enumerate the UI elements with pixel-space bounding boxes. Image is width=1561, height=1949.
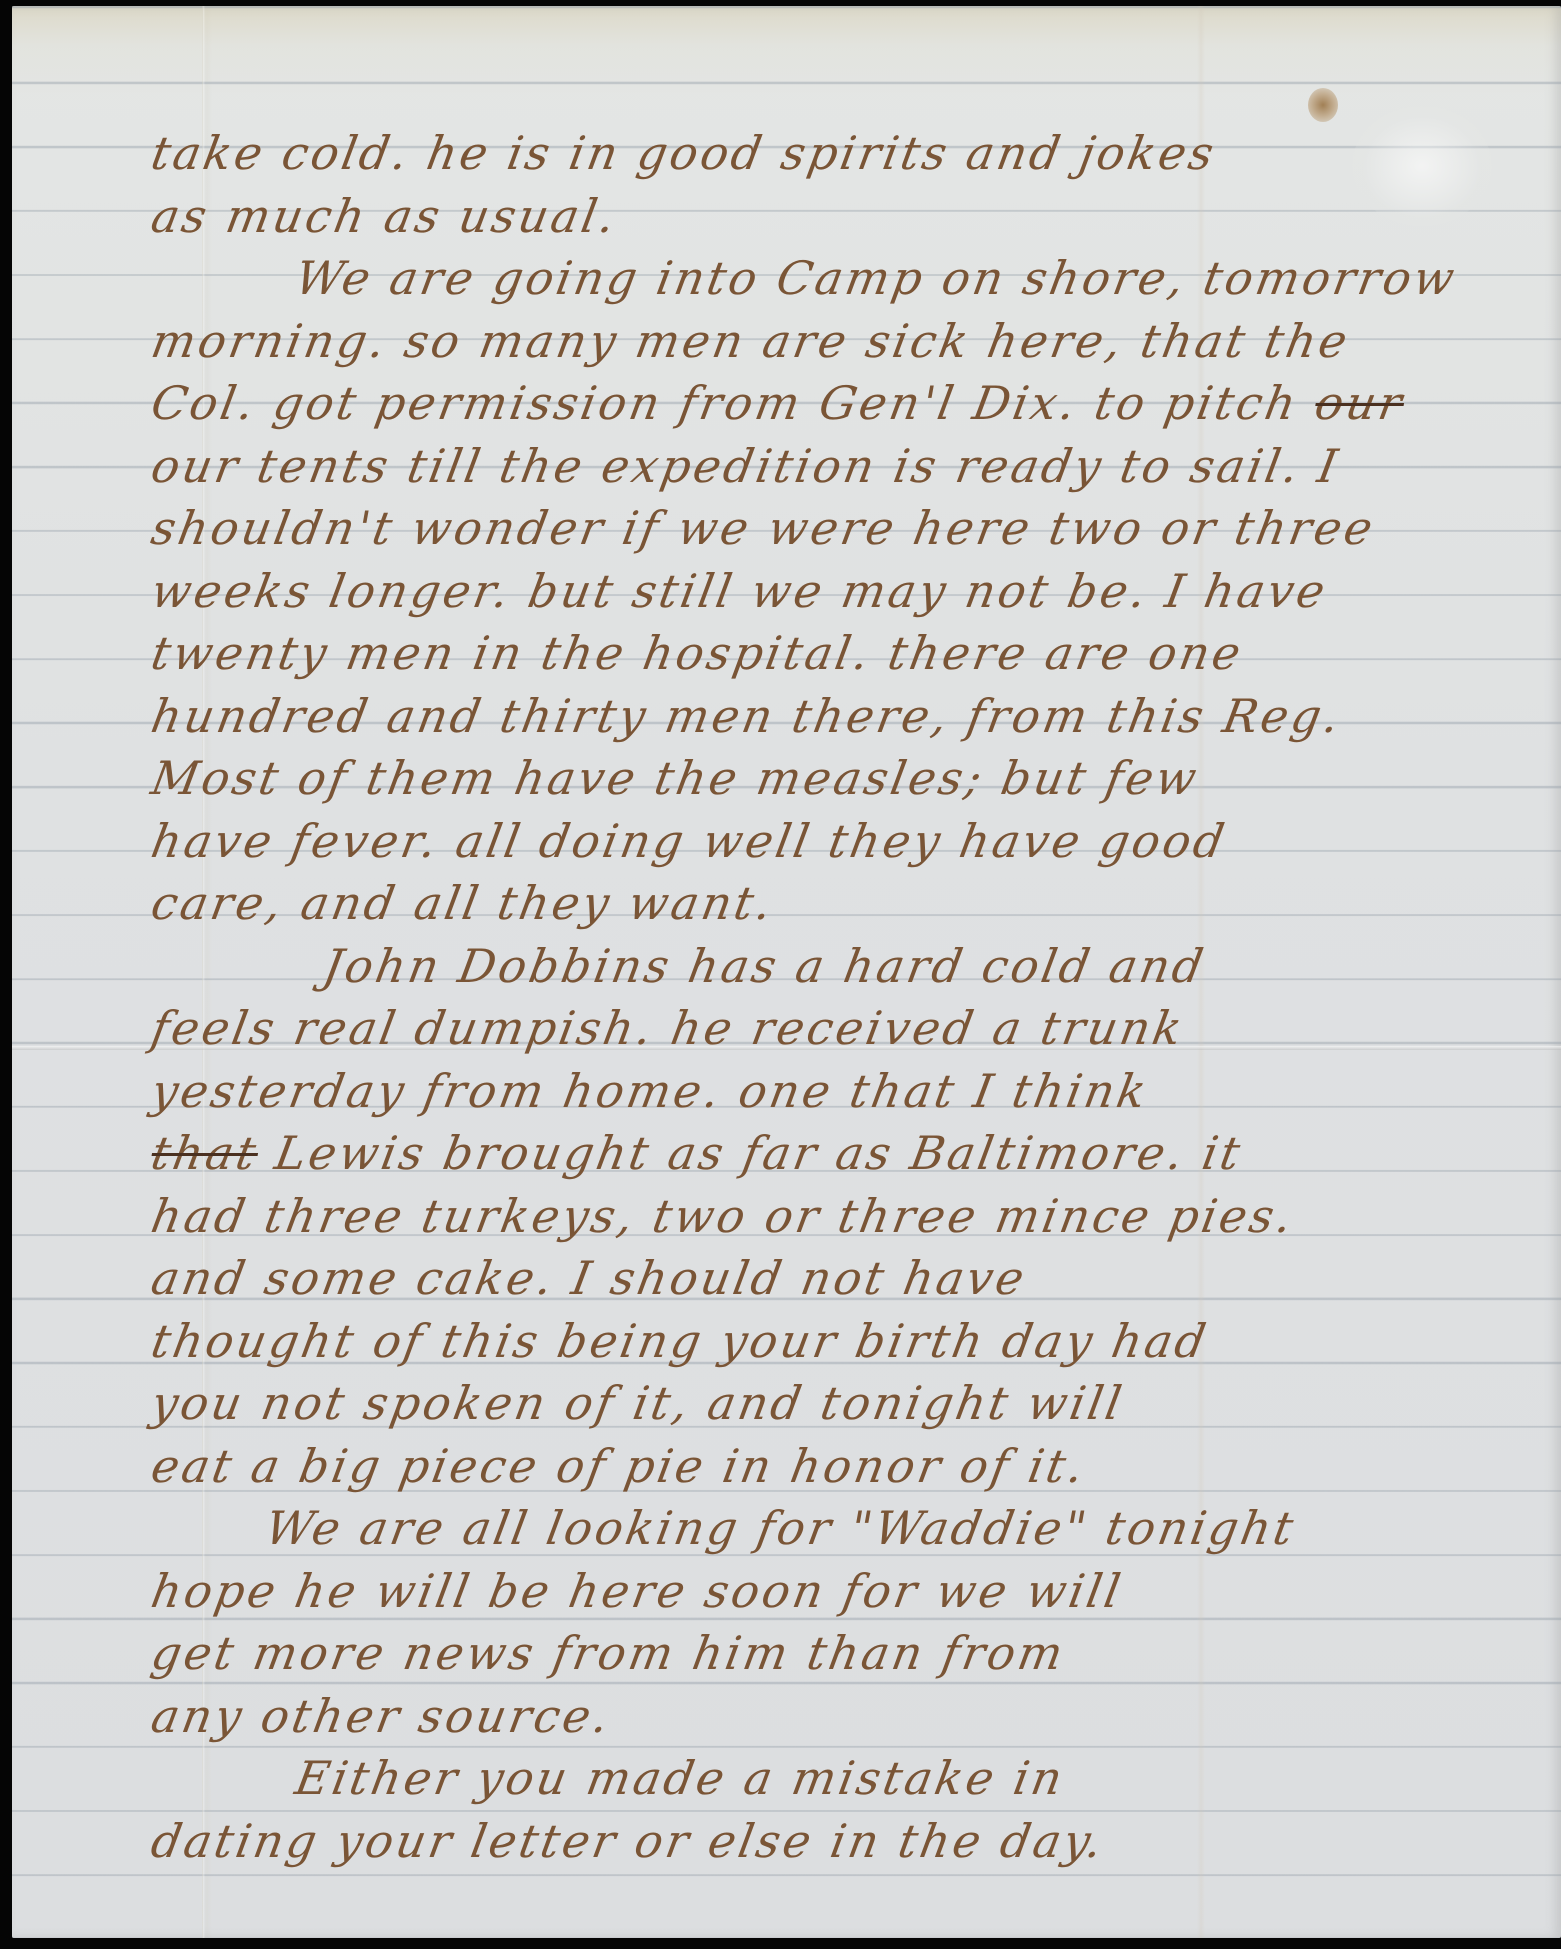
letter-line: morning. so many men are sick here, that… (148, 318, 1353, 364)
letter-line: that Lewis brought as far as Baltimore. … (148, 1130, 1246, 1176)
struck-word: that (147, 1126, 263, 1180)
letter-line: dating your letter or else in the day. (148, 1818, 1109, 1864)
letter-line: as much as usual. (148, 193, 621, 239)
letter-line: hundred and thirty men there, from this … (148, 693, 1346, 739)
letter-line: John Dobbins has a hard cold and (320, 943, 1209, 989)
letter-line: any other source. (148, 1693, 615, 1739)
letter-line: Either you made a mistake in (292, 1755, 1069, 1801)
letter-line: We are going into Camp on shore, tomorro… (292, 255, 1461, 301)
letter-line: shouldn't wonder if we were here two or … (148, 505, 1379, 551)
letter-line: you not spoken of it, and tonight will (148, 1380, 1128, 1426)
letter-line: eat a big piece of pie in honor of it. (148, 1443, 1090, 1489)
letter-line: Col. got permission from Gen'l Dix. to p… (148, 380, 1408, 426)
letter-line: We are all looking for "Waddie" tonight (262, 1505, 1299, 1551)
struck-word: our (1311, 376, 1409, 430)
letter-line: our tents till the expedition is ready t… (148, 443, 1344, 489)
letter-line-text: Lewis brought as far as Baltimore. it (271, 1126, 1247, 1180)
letter-line: care, and all they want. (148, 880, 778, 926)
paper-smudge (1352, 106, 1492, 226)
letter-line: thought of this being your birth day had (148, 1318, 1212, 1364)
letter-line-text: Col. got permission from Gen'l Dix. to p… (147, 376, 1303, 430)
letter-line: take cold. he is in good spirits and jok… (148, 130, 1220, 176)
letter-line: yesterday from home. one that I think (148, 1068, 1152, 1114)
letter-line: and some cake. I should not have (148, 1255, 1030, 1301)
letter-line: Most of them have the measles; but few (148, 755, 1203, 801)
letter-line: weeks longer. but still we may not be. I… (148, 568, 1331, 614)
letter-line: had three turkeys, two or three mince pi… (148, 1193, 1298, 1239)
letter-line: have fever. all doing well they have goo… (148, 818, 1230, 864)
letter-line: hope he will be here soon for we will (148, 1568, 1127, 1614)
ink-stain (1308, 88, 1338, 122)
letter-line: twenty men in the hospital. there are on… (148, 630, 1247, 676)
letter-line: get more news from him than from (148, 1630, 1069, 1676)
letter-line: feels real dumpish. he received a trunk (148, 1005, 1188, 1051)
